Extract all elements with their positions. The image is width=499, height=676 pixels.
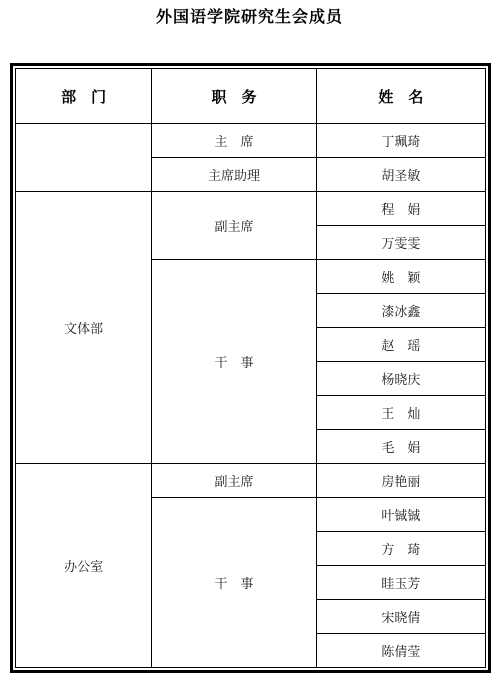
table-row: 主 席 丁珮琦 xyxy=(16,124,486,158)
position-header: 职 务 xyxy=(152,69,317,124)
table-row: 办公室 副主席 房艳丽 xyxy=(16,464,486,498)
name-cell: 王 灿 xyxy=(316,396,485,430)
name-cell: 程 娟 xyxy=(316,192,485,226)
department-header: 部 门 xyxy=(16,69,152,124)
name-header: 姓 名 xyxy=(316,69,485,124)
table-row: 文体部 副主席 程 娟 xyxy=(16,192,486,226)
name-cell: 万雯雯 xyxy=(316,226,485,260)
name-cell: 姚 颖 xyxy=(316,260,485,294)
department-cell xyxy=(16,124,152,192)
name-cell: 毛 娟 xyxy=(316,430,485,464)
name-cell: 丁珮琦 xyxy=(316,124,485,158)
members-table: 部 门 职 务 姓 名 主 席 丁珮琦 主席助理 胡圣敏 文体部 副主席 程 娟 xyxy=(15,68,486,668)
name-cell: 陈倩莹 xyxy=(316,634,485,668)
name-cell: 漆冰鑫 xyxy=(316,294,485,328)
position-cell: 主 席 xyxy=(152,124,317,158)
name-cell: 胡圣敏 xyxy=(316,158,485,192)
name-cell: 叶铖铖 xyxy=(316,498,485,532)
name-cell: 赵 瑶 xyxy=(316,328,485,362)
position-cell: 干 事 xyxy=(152,498,317,668)
position-cell: 干 事 xyxy=(152,260,317,464)
name-cell: 宋晓倩 xyxy=(316,600,485,634)
document-page: 外国语学院研究生会成员 部 门 职 务 姓 名 主 席 丁珮琦 xyxy=(0,0,499,676)
document-title: 外国语学院研究生会成员 xyxy=(0,4,499,27)
header-row: 部 门 职 务 姓 名 xyxy=(16,69,486,124)
name-cell: 眭玉芳 xyxy=(316,566,485,600)
position-cell: 副主席 xyxy=(152,464,317,498)
name-cell: 杨晓庆 xyxy=(316,362,485,396)
department-cell: 办公室 xyxy=(16,464,152,668)
name-cell: 方 琦 xyxy=(316,532,485,566)
department-cell: 文体部 xyxy=(16,192,152,464)
position-cell: 副主席 xyxy=(152,192,317,260)
position-cell: 主席助理 xyxy=(152,158,317,192)
members-table-frame: 部 门 职 务 姓 名 主 席 丁珮琦 主席助理 胡圣敏 文体部 副主席 程 娟 xyxy=(10,63,491,673)
name-cell: 房艳丽 xyxy=(316,464,485,498)
